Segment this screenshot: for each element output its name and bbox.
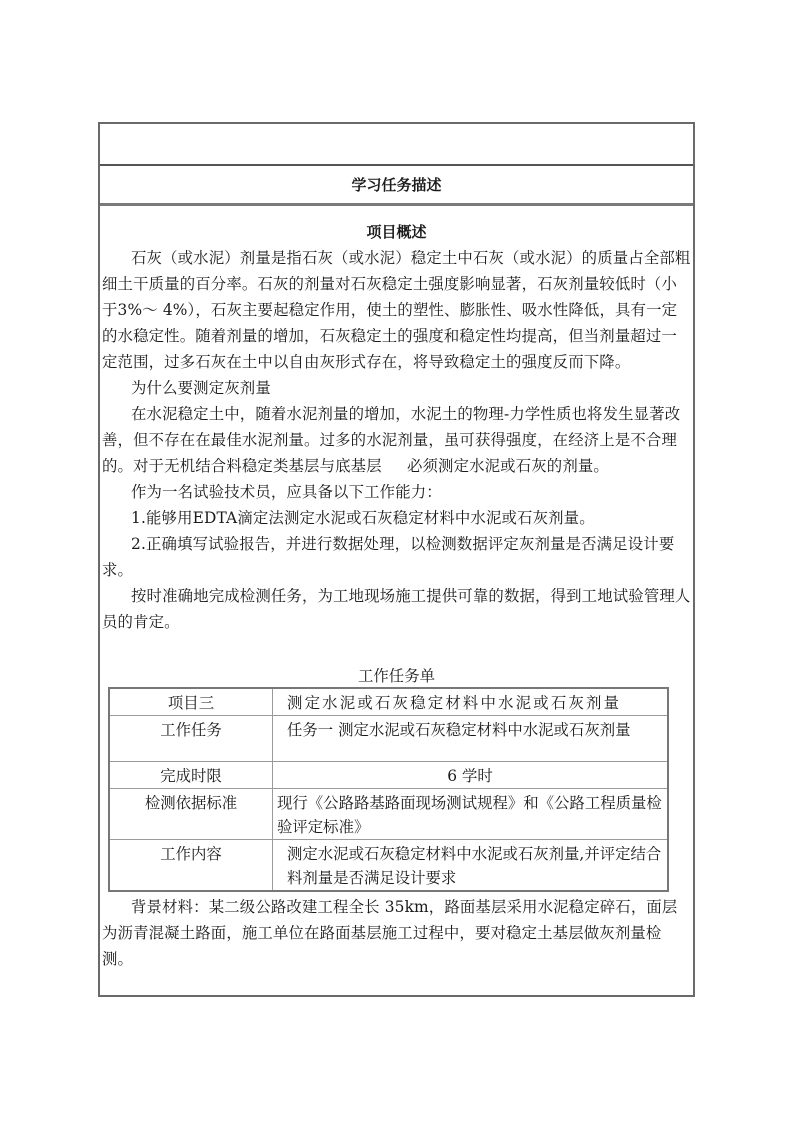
empty-header-row xyxy=(100,124,693,166)
content-area: 项目概述 石灰（或水泥）剂量是指石灰（或水泥）稳定土中石灰（或水泥）的质量占全部… xyxy=(100,219,693,972)
row-label-work-content: 工作内容 xyxy=(109,840,273,892)
row-value-time-limit: 6 学时 xyxy=(273,762,669,789)
task-sheet-caption: 工作任务单 xyxy=(102,665,691,687)
table-row: 工作内容 测定水泥或石灰稳定材料中水泥或石灰剂量,并评定结合料剂量是否满足设计要… xyxy=(109,840,668,892)
paragraph-why-measure-heading: 为什么要测定灰剂量 xyxy=(102,375,691,401)
document-frame: 学习任务描述 项目概述 石灰（或水泥）剂量是指石灰（或水泥）稳定土中石灰（或水泥… xyxy=(98,122,695,997)
paragraph-cement-stabilized: 在水泥稳定土中，随着水泥剂量的增加，水泥土的物理-力学性质也将发生显著改善，但不… xyxy=(102,401,691,479)
section-title: 学习任务描述 xyxy=(100,166,693,206)
row-value-work-content: 测定水泥或石灰稳定材料中水泥或石灰剂量,并评定结合料剂量是否满足设计要求 xyxy=(273,840,669,892)
row-value-standards: 现行《公路路基路面现场测试规程》和《公路工程质量检验评定标准》 xyxy=(273,789,669,840)
row-label-task: 工作任务 xyxy=(109,716,273,762)
table-row: 工作任务 任务一 测定水泥或石灰稳定材料中水泥或石灰剂量 xyxy=(109,716,668,762)
table-row: 完成时限 6 学时 xyxy=(109,762,668,789)
paragraph-technician-abilities: 作为一名试验技术员，应具备以下工作能力： xyxy=(102,479,691,505)
ability-item-1: 1.能够用EDTA滴定法测定水泥或石灰稳定材料中水泥或石灰剂量。 xyxy=(102,505,691,531)
row-label-standards: 检测依据标准 xyxy=(109,789,273,840)
paragraph-complete-on-time: 按时准确地完成检测任务，为工地现场施工提供可靠的数据，得到工地试验管理人员的肯定… xyxy=(102,583,691,635)
row-value-project: 测定水泥或石灰稳定材料中水泥或石灰剂量 xyxy=(273,688,669,716)
row-label-time-limit: 完成时限 xyxy=(109,762,273,789)
paragraph-background-material: 背景材料：某二级公路改建工程全长 35km，路面基层采用水泥稳定碎石，面层为沥青… xyxy=(102,894,691,972)
row-label-project: 项目三 xyxy=(109,688,273,716)
table-row: 检测依据标准 现行《公路路基路面现场测试规程》和《公路工程质量检验评定标准》 xyxy=(109,789,668,840)
ability-item-2: 2.正确填写试验报告，并进行数据处理，以检测数据评定灰剂量是否满足设计要求。 xyxy=(102,531,691,583)
table-row: 项目三 测定水泥或石灰稳定材料中水泥或石灰剂量 xyxy=(109,688,668,716)
paragraph-lime-dosage-definition: 石灰（或水泥）剂量是指石灰（或水泥）稳定土中石灰（或水泥）的质量占全部粗细土干质… xyxy=(102,245,691,375)
task-sheet-table: 项目三 测定水泥或石灰稳定材料中水泥或石灰剂量 工作任务 任务一 测定水泥或石灰… xyxy=(108,687,669,892)
spacer xyxy=(102,635,691,661)
overview-heading: 项目概述 xyxy=(102,219,691,245)
row-value-task: 任务一 测定水泥或石灰稳定材料中水泥或石灰剂量 xyxy=(273,716,669,762)
